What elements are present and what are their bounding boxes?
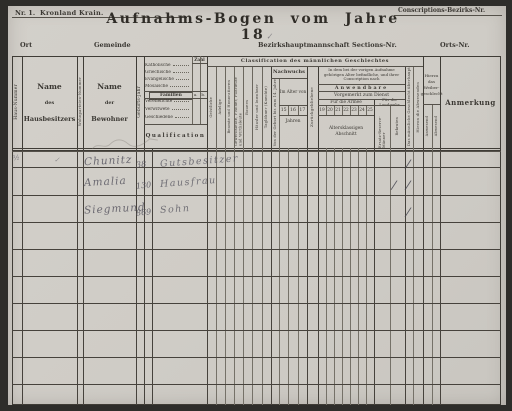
- anwendbare-label: Anwendbare: [318, 84, 405, 91]
- zurueck-col: Zurückgebliebene: [307, 66, 318, 148]
- classification-col: Häusler und Inwohner: [252, 68, 262, 146]
- header-hline: [271, 78, 307, 79]
- classification-col-label: Geistliche: [209, 97, 213, 118]
- anmerkung-header: Anmerkung: [440, 56, 501, 148]
- absent-label: Hievon die Abwesenden: [416, 82, 420, 133]
- header-hline: [279, 115, 307, 116]
- bewohner-line1: Name: [97, 82, 121, 91]
- weiber-line3: Weiber-: [424, 85, 440, 90]
- header-vline: [216, 66, 217, 148]
- header-hline: [318, 105, 405, 106]
- header-hline: [144, 91, 207, 92]
- col-header-bewohner: Name der Bewohner: [83, 56, 136, 148]
- bewohner-line3: Bewohner: [91, 115, 128, 123]
- body-hline: [12, 330, 501, 331]
- header-hline: [318, 99, 405, 100]
- pencil-checkmark: ✓: [265, 32, 273, 42]
- header-hline: [318, 91, 405, 92]
- ort-label: Ort: [20, 41, 32, 49]
- paper-sheet: Nr. 1. Kronland Krain. Conscriptions-Bez…: [8, 6, 506, 405]
- armee-age-cell: 21: [334, 105, 342, 115]
- body-hline: [12, 384, 501, 385]
- absent-col: Hievon die Abwesenden: [413, 66, 423, 148]
- rule-under-conscription: [394, 15, 502, 16]
- header-vline: [279, 78, 280, 148]
- wohnpartei-label: Wohnparteien-Nummer: [78, 77, 82, 126]
- landwehr-sub-b-label: Rekruten: [395, 117, 399, 136]
- body-hline: [12, 357, 501, 358]
- col-header-haus-nummer: Haus-Nummer: [12, 56, 22, 148]
- header-hline: [192, 63, 207, 64]
- armee-age-cell: 25: [366, 105, 374, 115]
- handwriting-haus-nr: ½: [12, 153, 20, 162]
- header-hline: [144, 124, 207, 125]
- header-vline: [307, 66, 308, 148]
- religion-row: Griechische: [145, 70, 191, 77]
- religion-row: Mosaische: [145, 84, 191, 91]
- handwriting-qualification: Sohn: [160, 203, 191, 216]
- handwriting-year: 38: [136, 159, 147, 169]
- header-vline: [243, 66, 244, 148]
- nachwuchs-age-cell: 15: [279, 105, 288, 115]
- hausbesitzer-line2: des: [45, 100, 55, 106]
- handwriting-tick: ✓: [54, 156, 60, 164]
- header-vline: [200, 56, 201, 124]
- header-vline: [262, 66, 263, 148]
- kronland-label: Kronland Krain.: [40, 9, 104, 17]
- header-vline: [358, 105, 359, 115]
- vormerkung-intro: In dem bei der vorigen Aufnahme gehörige…: [319, 67, 404, 83]
- weiber-absent-label: Abwesend: [434, 116, 438, 136]
- weiber-line2: das: [428, 79, 435, 84]
- body-hline: [12, 303, 501, 304]
- religion-row: Katholische: [145, 63, 191, 70]
- zurueck-label: Zurückgebliebene: [310, 87, 315, 127]
- col-header-hausbesitzer: Name des Hausbesitzers: [22, 56, 77, 148]
- header-vline: [298, 105, 299, 115]
- landwehr-sub-a: Ersatz-Reserve-Männer: [374, 105, 390, 148]
- form-title: Aufnahms-Bogen vom Jahre 18: [98, 18, 408, 35]
- body-hline: [12, 222, 501, 223]
- header-hline: [279, 105, 307, 106]
- header-vline: [334, 105, 335, 115]
- landwehr-sub-a-label: Ersatz-Reserve-Männer: [378, 105, 386, 148]
- header-hline: [423, 104, 440, 105]
- religion-row-label: Evangelische: [145, 77, 174, 82]
- body-hline: [12, 249, 501, 250]
- armee-age-cell: 24: [358, 105, 366, 115]
- haus-nummer-label: Haus-Nummer: [14, 84, 19, 120]
- header-vline: [83, 56, 84, 148]
- familien-row: Verwitwete: [145, 107, 191, 115]
- classification-col-label: Taglöhner (Knechte): [264, 86, 268, 128]
- header-hline: [144, 98, 207, 99]
- familien-row-label: Verwitwete: [145, 107, 170, 112]
- alter-von-label: Im Alter von: [279, 80, 307, 104]
- classification-col-label: Häusler und Inwohner: [255, 84, 259, 130]
- landwehr-sub-b: Rekruten: [390, 105, 406, 148]
- armee-age-cell: 22: [342, 105, 350, 115]
- handwriting-name: Amalia: [84, 175, 127, 189]
- header-vline: [350, 105, 351, 115]
- classification-col-label: Adelige: [218, 99, 222, 115]
- header-vline: [405, 66, 406, 148]
- header-vline: [366, 105, 367, 115]
- header-vline: [440, 56, 441, 148]
- armee-classes-label: Altersklassigen Abschnitt: [318, 115, 374, 148]
- weiber-present-label: Anwesend: [425, 116, 429, 136]
- sections-nr-label: Sections-Nr.: [352, 41, 397, 49]
- header-vline: [432, 104, 433, 148]
- handwriting-year: 130: [136, 180, 152, 191]
- religion-row: Evangelische: [145, 77, 191, 84]
- header-vline: [390, 105, 391, 148]
- header-vline: [207, 56, 208, 148]
- male-total-label: Das männliche Geschlecht überhaupt: [407, 67, 411, 146]
- religion-row-label: Mosaische: [145, 84, 168, 89]
- header-vline: [234, 66, 235, 148]
- header-vline: [413, 66, 414, 148]
- familien-col-b: b.: [200, 91, 208, 98]
- familien-col-a: a.: [192, 91, 200, 98]
- header-vline: [342, 105, 343, 115]
- armee-age-cell: 23: [350, 105, 358, 115]
- body-hline: [12, 276, 501, 277]
- nachwuchs-birth-label: Von der Geburt bis zum 14. Jahre: [273, 79, 277, 146]
- classification-col: Adelige: [216, 68, 225, 146]
- armee-age-cell: 20: [326, 105, 334, 115]
- header-vline: [192, 56, 193, 124]
- header-vline: [318, 66, 319, 148]
- familien-row: Geschiedene: [145, 115, 191, 123]
- header-vline: [252, 66, 253, 148]
- header-vline: [423, 56, 424, 148]
- header-vline: [22, 56, 23, 148]
- bezirkshauptmannschaft-label: Bezirkshauptmannschaft: [258, 41, 349, 49]
- header-vline: [374, 99, 375, 148]
- weiber-line1: Hierzu: [425, 73, 439, 78]
- header-vline: [77, 56, 78, 148]
- classification-col-label: Gewerbsleute, Fischer, Fuhrleute und Wir…: [234, 68, 243, 146]
- header-vline: [136, 56, 137, 148]
- religion-row-label: Katholische: [145, 63, 171, 68]
- classification-col-label: Beamte und Honoratioren: [227, 80, 231, 134]
- handwriting-name: Chunitz: [84, 154, 133, 169]
- scanned-census-form: Nr. 1. Kronland Krain. Conscriptions-Bez…: [0, 0, 512, 411]
- classification-title: Classification des männlichen Geschlecht…: [207, 56, 423, 66]
- conscription-district-label: Conscriptions-Bezirks-Nr.: [398, 7, 485, 14]
- orts-nr-label: Orts-Nr.: [440, 41, 469, 49]
- header-double-rule: [12, 151, 501, 152]
- weiber-sub-absent: Abwesend: [432, 104, 441, 148]
- hausbesitzer-line3: Hausbesitzers: [24, 115, 75, 123]
- classification-col-label: Bauern: [245, 100, 249, 115]
- classification-col: Bauern: [243, 68, 252, 146]
- jahren-label: Jahren: [279, 115, 307, 127]
- handwriting-year: 869: [136, 207, 152, 218]
- classification-col: Taglöhner (Knechte): [262, 68, 271, 146]
- header-vline: [326, 105, 327, 115]
- header-hline: [318, 115, 374, 116]
- hausbesitzer-line1: Name: [37, 82, 61, 91]
- bewohner-line2: der: [105, 100, 114, 106]
- geburtsjahr-label: Geburts-Jahr: [137, 86, 142, 118]
- nachwuchs-age-cell: 16: [288, 105, 297, 115]
- body-hline: [12, 195, 501, 196]
- header-vline: [225, 66, 226, 148]
- classification-col: Gewerbsleute, Fischer, Fuhrleute und Wir…: [234, 68, 243, 146]
- familien-row-label: Verehelichte: [145, 99, 172, 104]
- weiber-box: Hierzu das Weiber- geschlecht: [423, 64, 440, 104]
- religion-row-label: Griechische: [145, 70, 171, 75]
- gemeinde-label: Gemeinde: [94, 41, 131, 49]
- nachwuchs-header: Nachwuchs: [271, 66, 307, 78]
- header-hline: [207, 66, 423, 67]
- familien-row: Verehelichte: [145, 99, 191, 107]
- familien-row-label: Geschiedene: [145, 115, 173, 120]
- classification-col: Beamte und Honoratioren: [225, 68, 234, 146]
- nachwuchs-age-cell: 17: [298, 105, 307, 115]
- header-hline: [318, 84, 405, 85]
- header-vline: [288, 105, 289, 115]
- form-number: Nr. 1.: [15, 9, 35, 17]
